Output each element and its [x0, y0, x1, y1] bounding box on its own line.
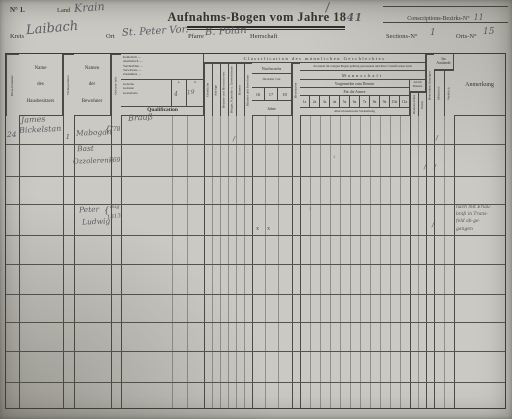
remark-note: nach mit Erlau- bniß in Trans- feld ab-g…	[456, 204, 504, 233]
armee-class-col: 4a	[330, 96, 340, 108]
remark-note-line: nach mit Erlau-	[456, 204, 504, 211]
inhabitants-header-line: Bewohner	[74, 99, 110, 104]
column-header-anzeigen: Besondere Anzeigen	[426, 54, 434, 116]
dienst-col-header: Beamten-Söhne	[410, 92, 418, 116]
tally-mark: /	[436, 135, 438, 142]
mannschaft-foot: Altersclassenweise Vormerkung	[300, 108, 410, 116]
qual-top-row: Zusammen —	[123, 72, 202, 76]
kreis-value-handwritten: Laibach	[25, 19, 78, 38]
owner-header-line: Name	[19, 66, 62, 71]
form-title-year-handwritten: 41	[346, 11, 362, 24]
armee-class-col: 7a	[360, 96, 370, 108]
mannschaft-title: Mannschaft	[300, 71, 426, 80]
entry-house-number: 24	[7, 130, 17, 139]
abroad-col-header: Männlich	[434, 70, 444, 116]
status-column-header: Geistliche	[204, 63, 212, 116]
nachwuchs-unit: Jahre	[252, 101, 292, 116]
land-label: Land	[57, 7, 70, 14]
resident-name: Peter	[79, 205, 99, 215]
orts-label: Orts-N°	[456, 33, 477, 40]
column-header-remark: Anmerkung	[454, 54, 505, 116]
status-column-header: Adelige	[212, 63, 220, 116]
status-column-header: Bauern	[236, 63, 244, 116]
column-header-dwelling-number: Wohnparteien	[63, 54, 74, 116]
pfarre-value-handwritten: B. Polan	[205, 25, 247, 38]
column-header-house-number: Haus-Nummer	[6, 54, 19, 116]
mannschaft-sub: Vorgemerkte zum Dienste	[300, 80, 410, 88]
status-column-header: Häusler und Inwohner	[244, 63, 252, 116]
armee-class-col: 10a	[390, 96, 400, 108]
qualification-box-top-rows: Katholisch — Akatholisch — Verehelichte …	[121, 54, 204, 80]
tally-mark: x	[333, 155, 336, 160]
resident-name: Ozzolerenn	[73, 156, 113, 165]
column-header-owner: Name des Hausbesitzers	[19, 54, 63, 116]
armee-class-col: 2a	[310, 96, 320, 108]
owner-header-line: des	[19, 82, 62, 87]
owner-header-line: Hausbesitzers	[19, 99, 62, 104]
owner-name-line: James	[21, 114, 46, 124]
qualification-box: Katholisch — Akatholisch — Verehelichte …	[121, 54, 204, 116]
sections-label: Sections-N°	[386, 33, 417, 40]
tally-mark: 1	[66, 134, 70, 141]
column-header-birth-year: Geburts-Jahr	[111, 54, 121, 116]
qual-value-a-handwritten: 4	[174, 91, 178, 98]
conscription-district-field: Conscriptions-Bezirks-N° 11	[383, 6, 508, 23]
birth-year: 1813	[107, 213, 122, 221]
remark-note-line: feld ab-ge-	[456, 218, 504, 225]
inhabitants-header-line: Namen	[74, 66, 110, 71]
scanned-census-form: N° 1. Land Krain Aufnahms-Bogen vom Jahr…	[0, 0, 512, 419]
armee-class-col: 6a	[350, 96, 360, 108]
qual-value-b-handwritten: 19	[187, 89, 195, 97]
tally-mark: x	[256, 226, 259, 232]
qualification-box-bottom-rows: Geborne Getraute Gestorbene	[121, 80, 172, 106]
armee-class-col: 9a	[380, 96, 390, 108]
tally-mark: x	[267, 226, 270, 232]
status-column-header: Bürger, Künstler u. Gewerbsleute	[228, 63, 236, 116]
armee-class-col: 11a	[400, 96, 410, 108]
inhabitants-header-line: der	[74, 82, 110, 87]
status-column-header: Beamte und Honoratioren	[220, 63, 228, 116]
nachwuchs-sub: Im Alter von	[252, 74, 292, 88]
herrschaft-label: Herrschaft	[250, 33, 277, 40]
sections-value-handwritten: 1	[430, 28, 436, 38]
ort-label: Ort	[106, 33, 115, 40]
column-header-beurlaubte: Beurlaubte	[292, 63, 300, 116]
qualification-entry: Brauß	[128, 112, 154, 123]
tally-mark: /	[233, 136, 235, 143]
tally-mark: /	[424, 164, 426, 171]
birth-year: 778	[109, 126, 120, 133]
owner-name-line: Bickelstan	[19, 124, 62, 135]
dienst-box: Ab im Dienste	[410, 80, 426, 92]
resident-name: Bast	[77, 144, 94, 154]
form-title-text: Aufnahms-Bogen vom Jahre 18	[167, 10, 346, 24]
nachwuchs-year-16: 16	[252, 88, 265, 101]
column-header-inhabitants: Namen der Bewohner	[74, 54, 111, 116]
pfarre-label: Pfarre	[188, 33, 204, 40]
mannschaft-note: Zu denen im vorigen Bogen gehörig gewese…	[300, 63, 426, 71]
ort-value-handwritten: St. Peter Vor.	[122, 24, 189, 38]
birth-year: aug	[110, 204, 119, 210]
tally-mark: /	[432, 222, 434, 229]
birth-year: 769	[109, 157, 120, 164]
abroad-group-header: Im Auslande	[434, 54, 454, 70]
form-title: Aufnahms-Bogen vom Jahre 1841	[155, 10, 375, 25]
nachwuchs-year-17: 17	[265, 88, 278, 101]
mannschaft-armee: Für die Armee	[300, 88, 410, 96]
classification-banner: Classification des männlichen Geschlecht…	[204, 54, 426, 63]
orts-value-handwritten: 15	[483, 27, 494, 37]
dienst-col-header: Diener	[418, 92, 426, 116]
armee-class-col: 1a	[300, 96, 310, 108]
armee-class-col: 5a	[340, 96, 350, 108]
land-value-handwritten: Krain	[74, 0, 105, 15]
remark-note-line: bniß in Trans-	[456, 211, 504, 218]
remark-note-line: gangen	[456, 226, 504, 233]
armee-class-col: 8a	[370, 96, 380, 108]
conscription-district-label: Conscriptions-Bezirks-N°	[407, 16, 469, 22]
census-table: Haus-Nummer Name des Hausbesitzers Wohnp…	[5, 53, 506, 409]
sheet-number: N° 1.	[10, 6, 25, 14]
abroad-col-header: Weiblich	[444, 70, 454, 116]
nachwuchs-year-18: 18	[278, 88, 292, 101]
conscription-district-value-handwritten: 11	[474, 13, 484, 22]
abroad-title-line: Auslande	[434, 61, 453, 65]
tally-mark: x	[309, 207, 312, 212]
armee-class-col: 3a	[320, 96, 330, 108]
tally-mark: /	[434, 164, 436, 171]
qual-bottom-row: Gestorbene	[123, 91, 169, 95]
kreis-label: Kreis	[10, 33, 24, 40]
nachwuchs-title: Nachwuchs	[252, 63, 292, 74]
